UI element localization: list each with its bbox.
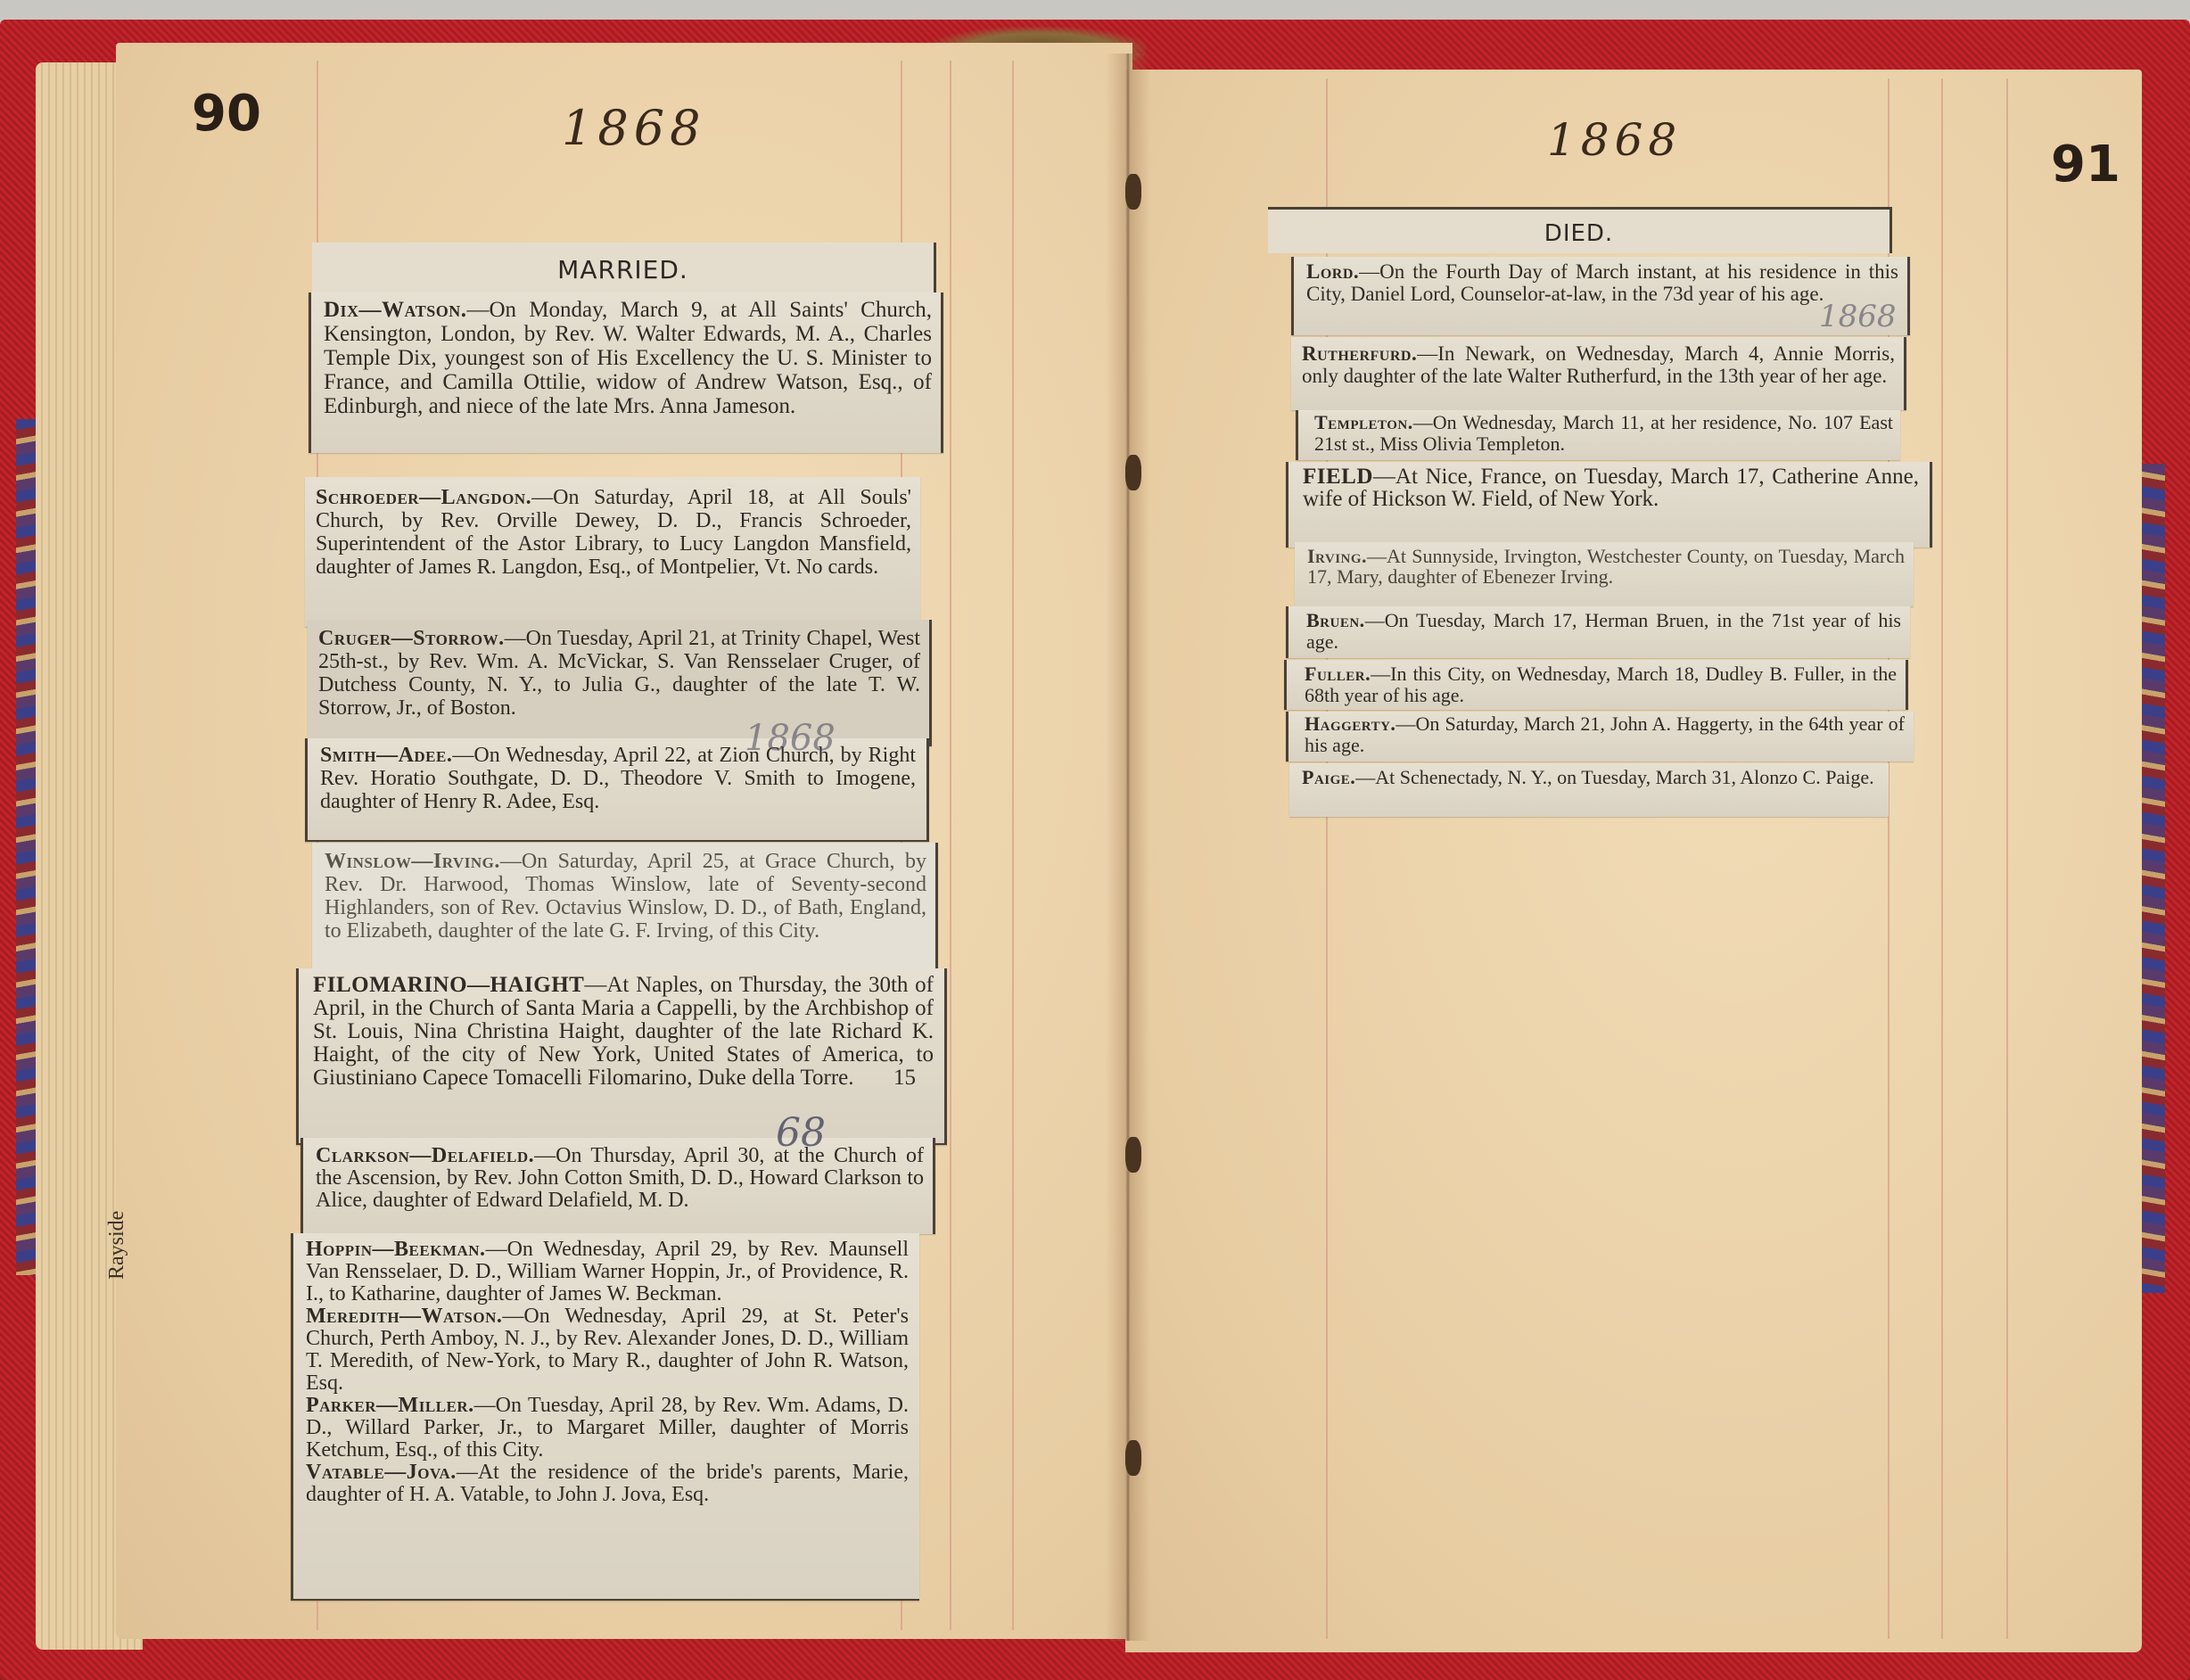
page-number-right: 91 <box>2051 136 2120 194</box>
notice-clipping-column: Hoppin—Beekman.—On Wednesday, April 29, … <box>291 1233 919 1601</box>
notice-clipping: FIELD—At Nice, France, on Tuesday, March… <box>1286 462 1932 548</box>
pencil-annotation: 1868 <box>1819 299 1897 334</box>
notice-text: —At Sunnyside, Irvington, Westchester Co… <box>1307 545 1905 588</box>
notice-clipping: Dix—Watson.—On Monday, March 9, at All S… <box>309 292 943 453</box>
notice-text: —On the Fourth Day of March instant, at … <box>1306 260 1898 305</box>
binding-stitch <box>1125 174 1141 210</box>
notice-clipping: Paige.—At Schenectady, N. Y., on Tuesday… <box>1289 763 1889 817</box>
notice-names: Rutherfurd. <box>1302 342 1417 365</box>
notice-clipping: Rutherfurd.—In Newark, on Wednesday, Mar… <box>1291 337 1906 410</box>
marbled-endpaper-right <box>2138 464 2165 1293</box>
notice-clipping: FILOMARINO—HAIGHT—At Naples, on Thursday… <box>296 968 947 1145</box>
notice-names: Hoppin—Beekman. <box>306 1238 486 1261</box>
notice-column-number: 15 <box>893 1066 916 1090</box>
year-heading-left: 1868 <box>562 100 705 156</box>
notice-names: Meredith—Watson. <box>306 1305 502 1328</box>
notice-text: —In this City, on Wednesday, March 18, D… <box>1305 663 1897 706</box>
notice-clipping: Haggerty.—On Saturday, March 21, John A.… <box>1286 712 1914 762</box>
section-heading-married: MARRIED. <box>312 243 936 296</box>
notice-text: —On Tuesday, March 17, Herman Bruen, in … <box>1306 609 1901 653</box>
notice-clipping: Cruger—Storrow.—On Tuesday, April 21, at… <box>308 620 932 746</box>
page-edge-text: Rayside <box>105 1211 129 1280</box>
notice-names: Paige. <box>1302 766 1355 788</box>
page-number-left: 90 <box>192 85 261 143</box>
notice-names: Bruen. <box>1306 609 1365 631</box>
notice-names: FIELD <box>1303 465 1373 489</box>
notice: Meredith—Watson.—On Wednesday, April 29,… <box>306 1305 909 1395</box>
pencil-annotation: 1868 <box>745 718 836 759</box>
notice-clipping: Schroeder—Langdon.—On Saturday, April 18… <box>305 477 920 627</box>
notice-names: Irving. <box>1307 545 1367 567</box>
notice-text: —At Schenectady, N. Y., on Tuesday, Marc… <box>1355 766 1873 788</box>
notice-names: Dix—Watson. <box>324 298 467 322</box>
notice-names: Clarkson—Delafield. <box>316 1144 534 1167</box>
book-gutter <box>1106 54 1150 1641</box>
notice-names: Vatable—Jova. <box>306 1461 457 1484</box>
notice-names: Templeton. <box>1314 411 1413 433</box>
notice-names: Winslow—Irving. <box>325 850 500 873</box>
binding-stitch <box>1125 455 1141 490</box>
notice-clipping: Irving.—At Sunnyside, Irvington, Westche… <box>1295 542 1914 606</box>
margin-rule <box>2006 78 2008 1639</box>
year-heading-right: 1868 <box>1547 114 1682 166</box>
notice: Vatable—Jova.—At the residence of the br… <box>306 1462 909 1506</box>
notice-clipping: Winslow—Irving.—On Saturday, April 25, a… <box>312 843 938 972</box>
notice-clipping: Bruen.—On Tuesday, March 17, Herman Brue… <box>1286 606 1910 658</box>
notice-names: Smith—Adee. <box>320 744 452 767</box>
section-heading-died: DIED. <box>1268 207 1892 253</box>
notice-names: Fuller. <box>1305 663 1371 685</box>
notice: Hoppin—Beekman.—On Wednesday, April 29, … <box>306 1239 909 1305</box>
binding-stitch <box>1125 1137 1141 1173</box>
binding-stitch <box>1125 1440 1141 1476</box>
margin-rule <box>950 61 951 1630</box>
pencil-annotation: 68 <box>776 1110 826 1156</box>
notice-text: —At Nice, France, on Tuesday, March 17, … <box>1303 465 1919 511</box>
notice-names: Schroeder—Langdon. <box>316 486 531 509</box>
notice-names: Parker—Miller. <box>306 1394 474 1417</box>
notice-clipping: Fuller.—In this City, on Wednesday, Marc… <box>1284 660 1908 710</box>
notice-names: Cruger—Storrow. <box>318 627 505 650</box>
margin-rule <box>1941 78 1943 1639</box>
notice-clipping: Lord.—On the Fourth Day of March instant… <box>1291 257 1910 335</box>
notice-names: Lord. <box>1306 260 1359 283</box>
margin-rule <box>1012 61 1014 1630</box>
notice-names: FILOMARINO—HAIGHT <box>313 973 584 997</box>
notice-names: Haggerty. <box>1305 712 1396 735</box>
notice-clipping: Smith—Adee.—On Wednesday, April 22, at Z… <box>305 738 929 842</box>
notice-clipping: Clarkson—Delafield.—On Thursday, April 3… <box>301 1138 935 1234</box>
notice: Parker—Miller.—On Tuesday, April 28, by … <box>306 1395 909 1462</box>
notice-clipping: Templeton.—On Wednesday, March 11, at he… <box>1296 410 1900 460</box>
